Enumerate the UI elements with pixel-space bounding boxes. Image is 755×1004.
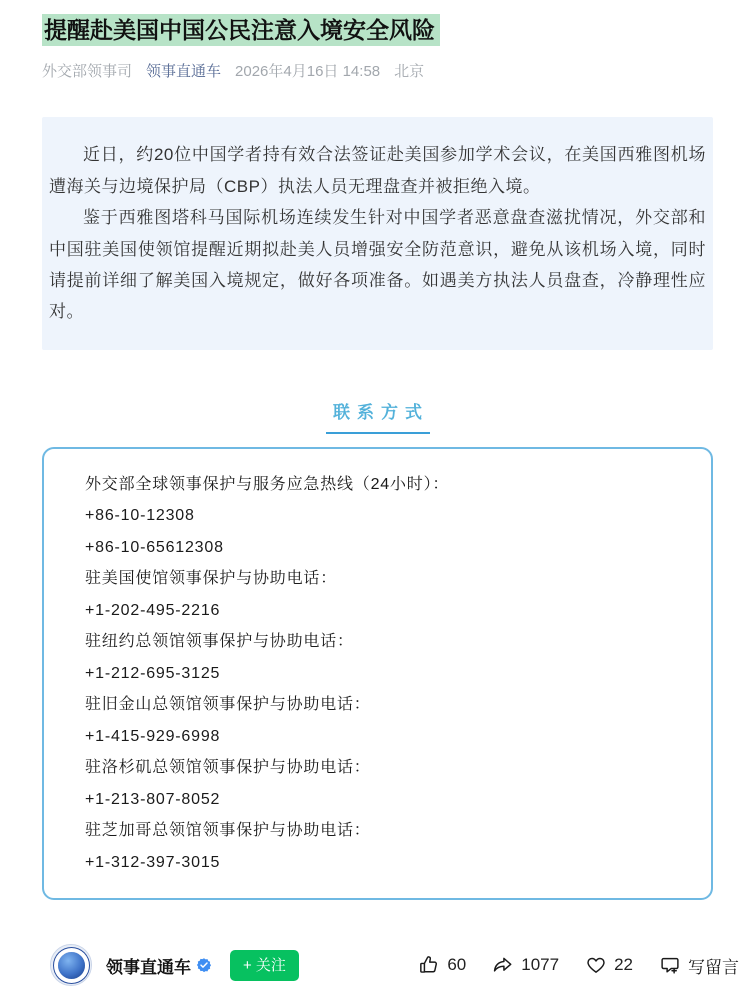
title-highlight: 提醒赴美国中国公民注意入境安全风险 <box>42 14 440 46</box>
contact-line: 驻芝加哥总领馆领事保护与协助电话： <box>85 815 693 847</box>
contact-section-heading: 联系方式 <box>42 398 713 434</box>
byline-datetime: 2026年4月16日 14:58 <box>235 60 380 81</box>
contact-phone: +1-415-929-6998 <box>85 721 693 753</box>
contact-phone: +1-213-807-8052 <box>85 784 693 816</box>
page-title: 提醒赴美国中国公民注意入境安全风险 <box>42 14 713 46</box>
contact-phone: +1-212-695-3125 <box>85 658 693 690</box>
contact-line: 驻纽约总领馆领事保护与协助电话： <box>85 626 693 658</box>
thumbs-up-icon <box>418 954 440 976</box>
like-count: 60 <box>447 955 466 975</box>
contact-heading-text: 联系方式 <box>326 398 429 423</box>
heading-underline <box>326 432 430 434</box>
byline-author: 外交部领事司 <box>42 60 132 81</box>
contact-line: 驻美国使馆领事保护与协助电话： <box>85 563 693 595</box>
heart-icon <box>585 954 607 976</box>
comment-button[interactable]: 写留言 <box>659 953 739 978</box>
share-count: 1077 <box>521 955 559 975</box>
byline: 外交部领事司 领事直通车 2026年4月16日 14:58 北京 <box>42 60 713 81</box>
follow-button[interactable]: + 关注 <box>230 950 299 981</box>
notice-paragraph: 鉴于西雅图塔科马国际机场连续发生针对中国学者恶意盘查滋扰情况，外交部和中国驻美国… <box>49 202 706 328</box>
contact-line: 外交部全球领事保护与服务应急热线（24小时）： <box>85 469 693 501</box>
account-bar: 领事直通车 + 关注 <box>50 944 299 986</box>
action-bar: 60 1077 22 写留言 <box>418 953 739 978</box>
notice-box: 近日，约20位中国学者持有效合法签证赴美国参加学术会议，在美国西雅图机场遭海关与… <box>42 117 713 350</box>
article-footer: 领事直通车 + 关注 60 1077 <box>42 944 713 986</box>
account-avatar[interactable] <box>50 944 92 986</box>
byline-location: 北京 <box>394 60 424 81</box>
comment-icon <box>659 954 681 976</box>
heart-count: 22 <box>614 955 633 975</box>
contact-phone: +86-10-12308 <box>85 500 693 532</box>
verified-badge-icon <box>196 957 212 973</box>
avatar-globe-emblem <box>58 952 85 979</box>
contact-phone: +1-202-495-2216 <box>85 595 693 627</box>
contact-phone: +1-312-397-3015 <box>85 847 693 879</box>
contact-phone: +86-10-65612308 <box>85 532 693 564</box>
article-page: 提醒赴美国中国公民注意入境安全风险 外交部领事司 领事直通车 2026年4月16… <box>0 0 755 1004</box>
heart-button[interactable]: 22 <box>585 954 633 976</box>
share-arrow-icon <box>492 954 514 976</box>
byline-account-link[interactable]: 领事直通车 <box>146 60 221 81</box>
contact-line: 驻旧金山总领馆领事保护与协助电话： <box>85 689 693 721</box>
notice-paragraph: 近日，约20位中国学者持有效合法签证赴美国参加学术会议，在美国西雅图机场遭海关与… <box>49 139 706 202</box>
share-button[interactable]: 1077 <box>492 954 559 976</box>
account-name[interactable]: 领事直通车 <box>106 953 191 978</box>
contact-box: 外交部全球领事保护与服务应急热线（24小时）： +86-10-12308 +86… <box>42 447 713 901</box>
contact-line: 驻洛杉矶总领馆领事保护与协助电话： <box>85 752 693 784</box>
like-button[interactable]: 60 <box>418 954 466 976</box>
comment-label: 写留言 <box>688 953 739 978</box>
